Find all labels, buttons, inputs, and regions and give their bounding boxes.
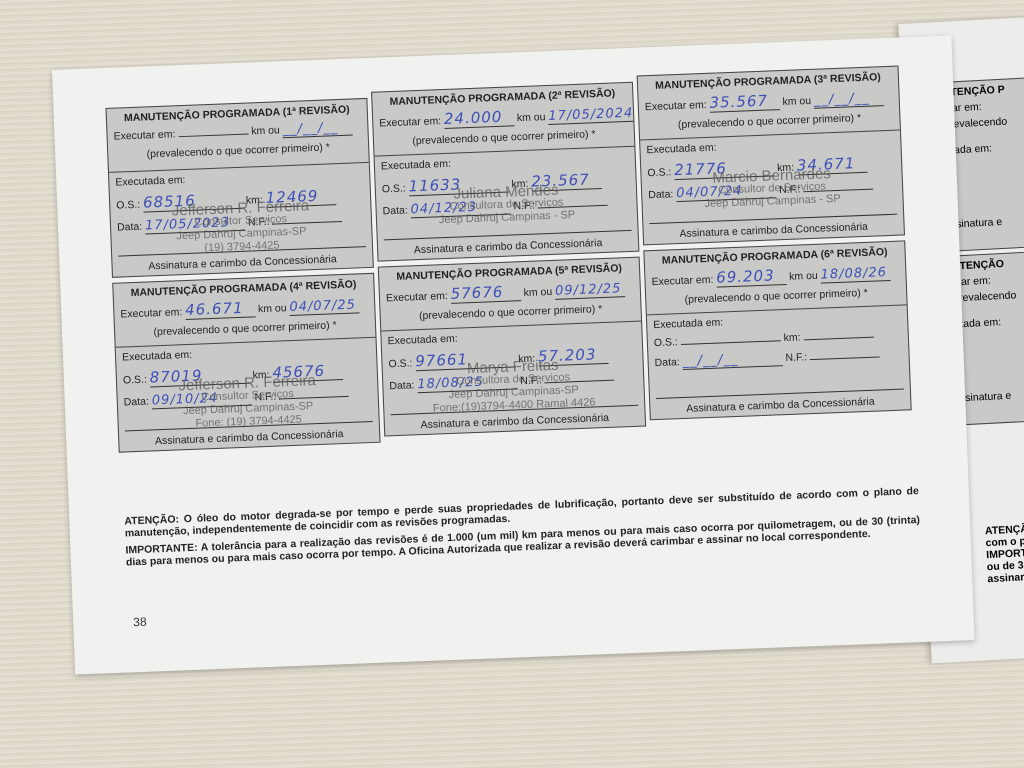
executar-label: Executar em: [386,290,448,304]
scheduled-date[interactable]: 17/05/2024 [548,106,633,125]
executada-label: Executada em: [387,326,635,348]
maintenance-card-1: MANUTENÇÃO PROGRAMADA (1ª REVISÃO) Execu… [105,98,373,278]
manual-page: MANUTENÇÃO PROGRAMADA (1ª REVISÃO) Execu… [52,35,975,674]
card-header: MANUTENÇÃO PROGRAMADA (3ª REVISÃO) Execu… [638,67,900,141]
executar-label: Executar em: [379,115,441,129]
maintenance-card-3: MANUTENÇÃO PROGRAMADA (3ª REVISÃO) Execu… [637,66,905,246]
card-body: Executada em: O.S.: 68516 km: 12469 Data… [109,163,373,277]
scheduled-km[interactable]: 46.671 [185,298,256,320]
executar-label: Executar em: [113,128,175,142]
executada-label: Executada em: [653,310,901,332]
scheduled-km[interactable]: 35.567 [709,91,780,113]
card-header: MANUTENÇÃO PROGRAMADA (1ª REVISÃO) Execu… [107,99,369,173]
prevalecendo-note: (prevalecendo o que ocorrer primeiro) * [652,286,900,308]
notes: ATENÇÃO: O óleo do motor degrada-se por … [124,485,921,573]
scheduled-row: Executar em: 69.203 km ou 18/08/26 [651,262,900,291]
data-label: Data: [117,221,143,234]
data-label: Data: [382,204,408,217]
km-ou-label: km ou [258,302,287,315]
km-ou-label: km ou [251,124,280,137]
scheduled-row: Executar em: 57676 km ou 09/12/25 [386,278,635,307]
scheduled-km[interactable]: 57676 [450,282,521,304]
executada-label: Executada em: [381,151,629,173]
scheduled-date[interactable]: __/__/__ [814,90,885,109]
os-label: O.S.: [123,374,147,387]
km-ou-label: km ou [789,270,818,283]
card-body: Executada em: O.S.: km: Data: __/__/__ N… [647,305,911,419]
km-ou-label: km ou [523,286,552,299]
date-value[interactable]: __/__/__ [682,350,783,370]
os-label: O.S.: [382,183,406,196]
executar-label: Executar em: [120,306,182,320]
executada-label: Executada em: [115,167,363,189]
maintenance-card-6: MANUTENÇÃO PROGRAMADA (6ª REVISÃO) Execu… [643,240,911,420]
dealer-stamp: Juliana Mendes Consultora de Serviços Je… [406,182,607,229]
data-label: Data: [389,379,415,392]
scheduled-row: Executar em: 46.671 km ou 04/07/25 [120,294,369,323]
scheduled-row: Executar em: 35.567 km ou __/__/__ [644,87,893,116]
scheduled-km[interactable]: 69.203 [716,266,787,288]
scheduled-km[interactable]: 24.000 [444,107,515,129]
data-label: Data: [654,356,680,369]
maintenance-card-2: MANUTENÇÃO PROGRAMADA (2ª REVISÃO) Execu… [371,82,639,262]
card-header: MANUTENÇÃO PROGRAMADA (4ª REVISÃO) Execu… [113,274,375,348]
prevalecendo-note: (prevalecendo o que ocorrer primeiro) * [645,111,893,133]
os-label: O.S.: [654,336,678,349]
executada-label: Executada em: [646,135,894,157]
card-header: MANUTENÇÃO PROGRAMADA (5ª REVISÃO) Execu… [379,258,641,332]
prevalecendo-note: (prevalecendo o que ocorrer primeiro) * [114,140,362,162]
os-label: O.S.: [116,199,140,212]
nf-value[interactable] [810,356,880,360]
os-value[interactable] [681,340,781,345]
km-label: km: [783,331,800,344]
executar-label: Executar em: [645,99,707,113]
scheduled-date[interactable]: 18/08/26 [820,265,891,284]
right-note-line: assinar [987,571,1024,585]
scheduled-date[interactable]: 04/07/25 [289,297,360,316]
scheduled-date[interactable]: __/__/__ [282,120,353,139]
scheduled-km[interactable] [178,134,248,138]
maintenance-card-4: MANUTENÇÃO PROGRAMADA (4ª REVISÃO) Execu… [112,273,380,453]
data-label: Data: [124,396,150,409]
card-body: Executada em: O.S.: 11633 km: 23.567 Dat… [375,147,639,261]
executada-label: Executada em: [122,342,370,364]
card-body: Executada em: O.S.: 21776 km: 34.671 Dat… [640,130,904,244]
scheduled-row: Executar em: 24.000 km ou 17/05/2024 [379,103,628,132]
executar-label: Executar em: [651,274,713,288]
km-value[interactable] [804,337,874,341]
nf-label: N.F.: [785,351,807,364]
card-body: Executada em: O.S.: 97661 km: 57.203 Dat… [381,322,645,436]
prevalecendo-note: (prevalecendo o que ocorrer primeiro) * [121,318,369,340]
card-header: MANUTENÇÃO PROGRAMADA (6ª REVISÃO) Execu… [644,241,906,315]
data-label: Data: [648,188,674,201]
prevalecendo-note: (prevalecendo o que ocorrer primeiro) * [380,127,628,149]
scheduled-date[interactable]: 09/12/25 [555,281,626,300]
km-ou-label: km ou [517,111,546,124]
prevalecendo-note: (prevalecendo o que ocorrer primeiro) * [387,302,635,324]
page-number: 38 [133,615,147,630]
right-notes: ATENÇÃ com o p IMPORT ou de 3 assinar [985,523,1024,585]
os-label: O.S.: [647,166,671,179]
km-ou-label: km ou [782,95,811,108]
maintenance-card-5: MANUTENÇÃO PROGRAMADA (5ª REVISÃO) Execu… [378,257,646,437]
card-header: MANUTENÇÃO PROGRAMADA (2ª REVISÃO) Execu… [372,83,634,157]
card-body: Executada em: O.S.: 87019 km: 45676 Data… [116,338,380,452]
dealer-stamp: Marcio Bernardes Consultor de Serviços J… [671,166,872,213]
os-label: O.S.: [388,357,412,370]
